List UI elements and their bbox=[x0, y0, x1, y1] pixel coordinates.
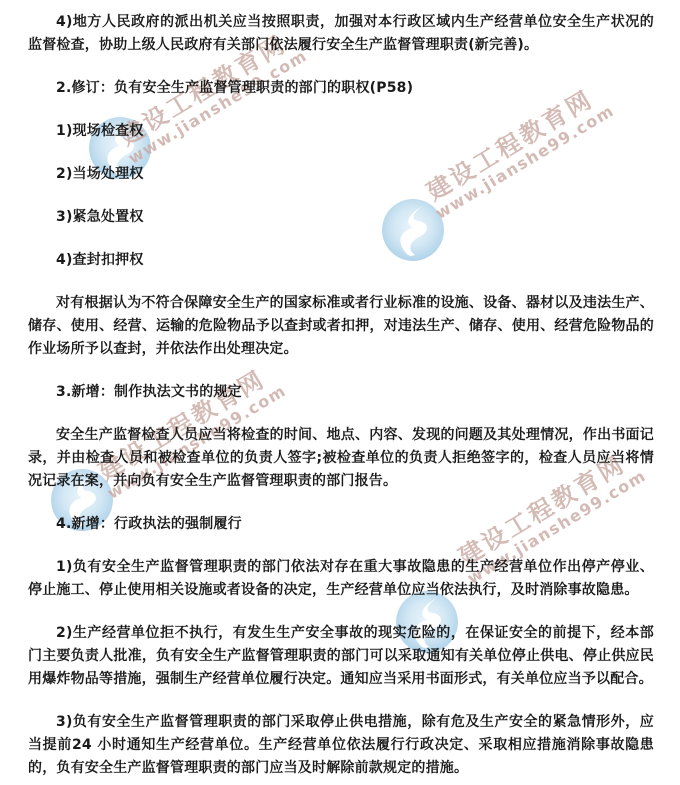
document-body: 4)地方人民政府的派出机关应当按照职责，加强对本行政区域内生产经营单位安全生产状… bbox=[0, 0, 680, 785]
paragraph: 2.修订：负有安全生产监督管理职责的部门的职权(P58) bbox=[28, 77, 654, 100]
paragraph: 对有根据认为不符合保障安全生产的国家标准或者行业标准的设施、设备、器材以及违法生… bbox=[28, 292, 654, 361]
paragraph: 4)地方人民政府的派出机关应当按照职责，加强对本行政区域内生产经营单位安全生产状… bbox=[28, 11, 654, 57]
paragraph: 1)负有安全生产监督管理职责的部门依法对存在重大事故隐患的生产经营单位作出停产停… bbox=[28, 556, 654, 602]
paragraph: 2)当场处理权 bbox=[28, 163, 654, 186]
paragraph: 4.新增：行政执法的强制履行 bbox=[28, 513, 654, 536]
paragraph: 3)负有安全生产监督管理职责的部门采取停止供电措施，除有危及生产安全的紧急情形外… bbox=[28, 711, 654, 780]
paragraph: 3)紧急处置权 bbox=[28, 206, 654, 229]
paragraph: 安全生产监督检查人员应当将检查的时间、地点、内容、发现的问题及其处理情况，作出书… bbox=[28, 424, 654, 493]
paragraph: 3.新增：制作执法文书的规定 bbox=[28, 381, 654, 404]
paragraph: 2)生产经营单位拒不执行，有发生生产安全事故的现实危险的，在保证安全的前提下，经… bbox=[28, 622, 654, 691]
paragraph: 4)查封扣押权 bbox=[28, 249, 654, 272]
document-page: 建设工程教育网 www.jianshe99.com 建设工程教育网 www.ji… bbox=[0, 0, 680, 785]
paragraph: 1)现场检查权 bbox=[28, 120, 654, 143]
